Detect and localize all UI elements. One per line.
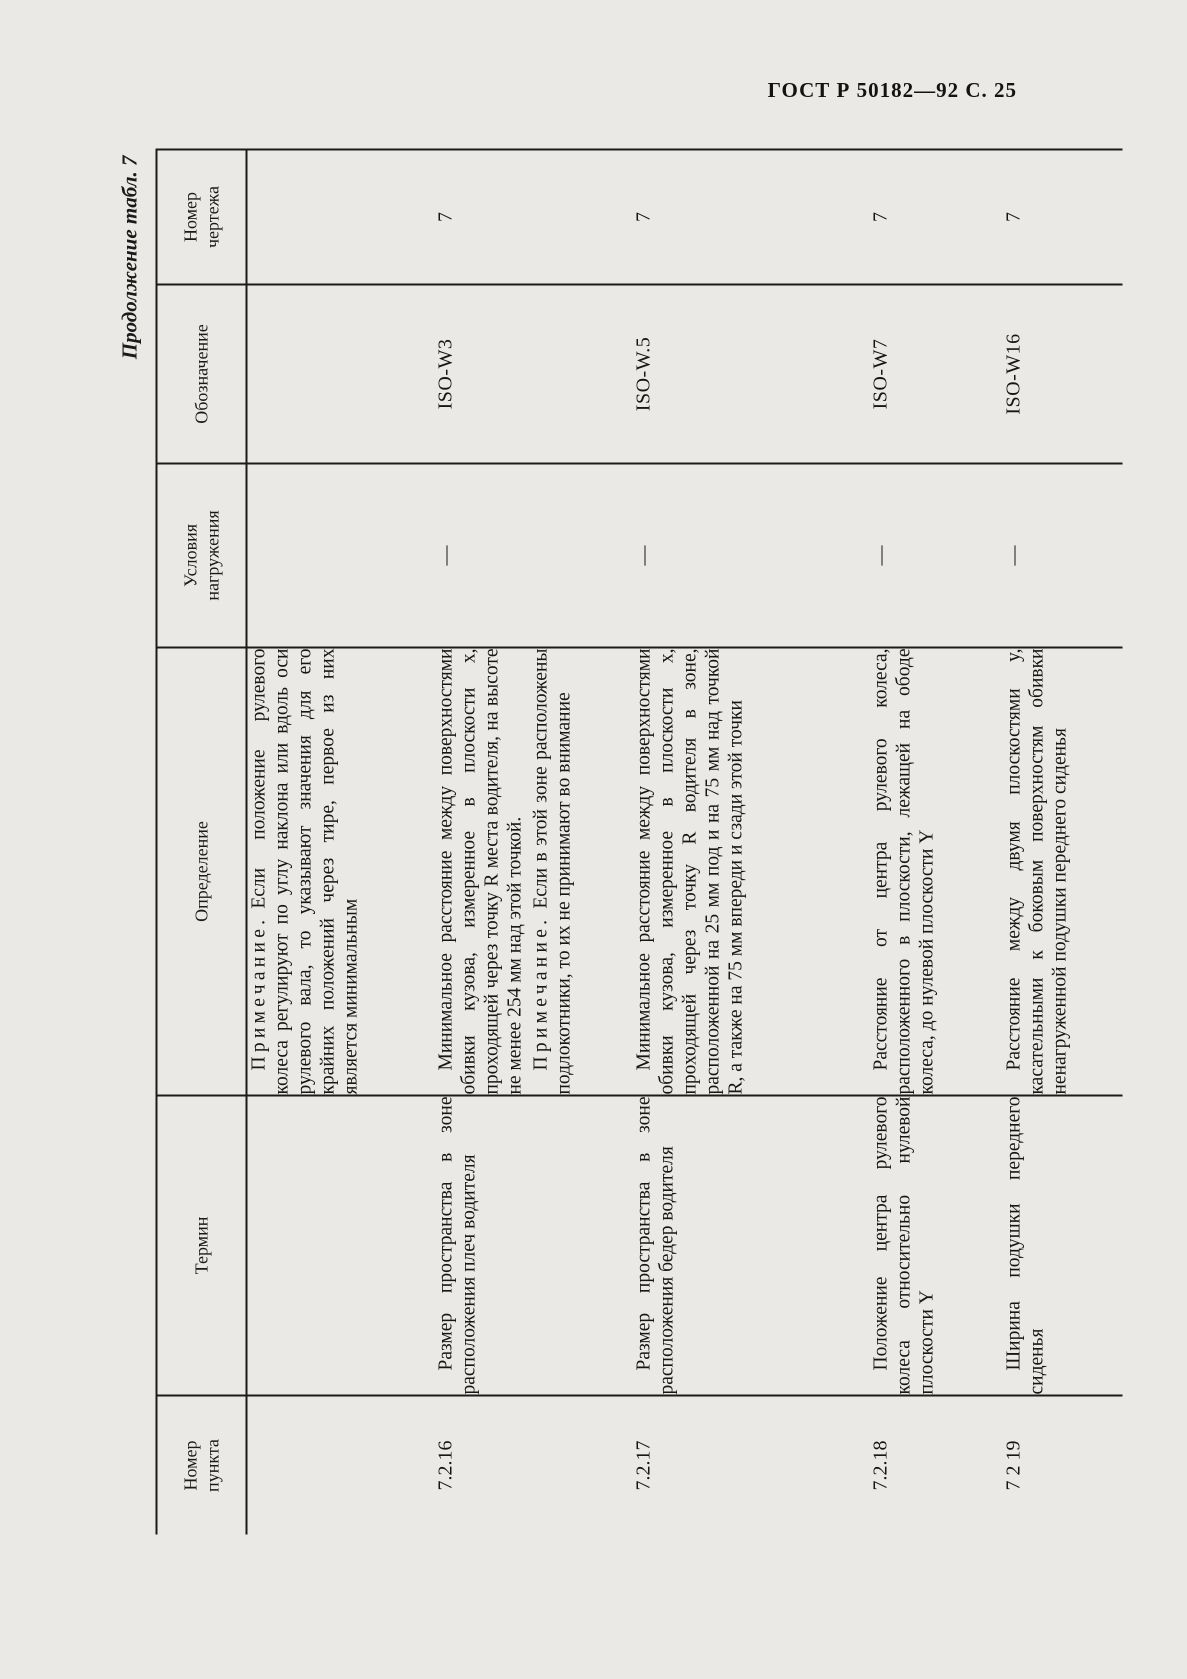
definition-cell: Расстояние от центра рулевого колеса, ра… (870, 648, 1003, 1096)
designation-cell (247, 285, 435, 464)
col-header-term: Термин (157, 1096, 247, 1396)
load-conditions-cell: — (435, 464, 633, 648)
item-number-cell: 7.2.16 (435, 1396, 633, 1535)
note-label: Примечание. (531, 916, 552, 1071)
term-text: Размер пространства в зоне расположения … (435, 1097, 481, 1395)
drawing-number-cell: 7 (435, 150, 633, 285)
col-header-load-conditions: Условия нагружения (157, 464, 247, 648)
term-text: Ширина подушки переднего сиденья (1003, 1097, 1049, 1395)
col-header-definition: Определение (157, 648, 247, 1096)
definition-text: Расстояние между двумя плоскостями y, ка… (1003, 649, 1072, 1095)
col-header-designation: Обозначение (157, 285, 247, 464)
term-text: Положение центра рулевого колеса относит… (870, 1097, 939, 1395)
load-conditions-cell: — (870, 464, 1003, 648)
rotated-table-block: Продолжение табл. 7 Номер пункта Термин … (118, 150, 1124, 1535)
term-cell: Размер пространства в зоне расположения … (633, 1096, 870, 1396)
load-conditions-cell: — (633, 464, 870, 648)
drawing-number-cell: 7 (1003, 150, 1123, 285)
scanned-page: ГОСТ Р 50182—92 С. 25 Продолжение табл. … (0, 0, 1187, 1679)
definition-note: Примечание.Если положение рулевого колес… (248, 649, 363, 1095)
col-header-drawing-number: Номер чертежа (157, 150, 247, 285)
col-header-item-number: Номер пункта (157, 1396, 247, 1535)
term-cell: Положение центра рулевого колеса относит… (870, 1096, 1003, 1396)
drawing-number-cell (247, 150, 435, 285)
definition-text: Расстояние от центра рулевого колеса, ра… (870, 649, 939, 1095)
load-conditions-cell: — (1003, 464, 1123, 648)
designation-cell: ISO-W16 (1003, 285, 1123, 464)
term-cell: Ширина подушки переднего сиденья (1003, 1096, 1123, 1396)
definition-cell: Минимальное расстояние между поверхностя… (435, 648, 633, 1096)
note-label: Примечание. (249, 916, 270, 1071)
table-row-7219: 7 2 19 Ширина подушки переднего сиденья … (1003, 150, 1123, 1535)
doc-reference: ГОСТ Р 50182—92 С. 25 (768, 78, 1017, 103)
drawing-number-cell: 7 (870, 150, 1003, 285)
item-number-cell: 7 2 19 (1003, 1396, 1123, 1535)
term-cell (247, 1096, 435, 1396)
item-number-cell: 7.2.18 (870, 1396, 1003, 1535)
designation-cell: ISO-W7 (870, 285, 1003, 464)
table-row-7216: 7.2.16 Размер пространства в зоне распол… (435, 150, 633, 1535)
drawing-number-cell: 7 (633, 150, 870, 285)
item-number-cell (247, 1396, 435, 1535)
load-conditions-cell (247, 464, 435, 648)
term-text: Размер пространства в зоне расположения … (633, 1097, 679, 1395)
table-row-continuation: Примечание.Если положение рулевого колес… (247, 150, 435, 1535)
designation-cell: ISO-W.5 (633, 285, 870, 464)
definition-cell: Расстояние между двумя плоскостями y, ка… (1003, 648, 1123, 1096)
definition-cell: Примечание.Если положение рулевого колес… (247, 648, 435, 1096)
table-row-7218: 7.2.18 Положение центра рулевого колеса … (870, 150, 1003, 1535)
definition-cell: Минимальное расстояние между поверхностя… (633, 648, 870, 1096)
term-cell: Размер пространства в зоне расположения … (435, 1096, 633, 1396)
item-number-cell: 7.2.17 (633, 1396, 870, 1535)
designation-cell: ISO-W3 (435, 285, 633, 464)
terms-definitions-table: Номер пункта Термин Определение Условия … (156, 149, 1123, 1535)
table-caption: Продолжение табл. 7 (118, 150, 144, 1535)
definition-note: Примечание.Если в этой зоне расположены … (530, 649, 576, 1095)
header-row: Номер пункта Термин Определение Условия … (157, 150, 247, 1535)
definition-text: Минимальное расстояние между поверхностя… (435, 649, 527, 1095)
definition-text: Минимальное расстояние между поверхностя… (633, 649, 748, 1095)
table-row-7217: 7.2.17 Размер пространства в зоне распол… (633, 150, 870, 1535)
